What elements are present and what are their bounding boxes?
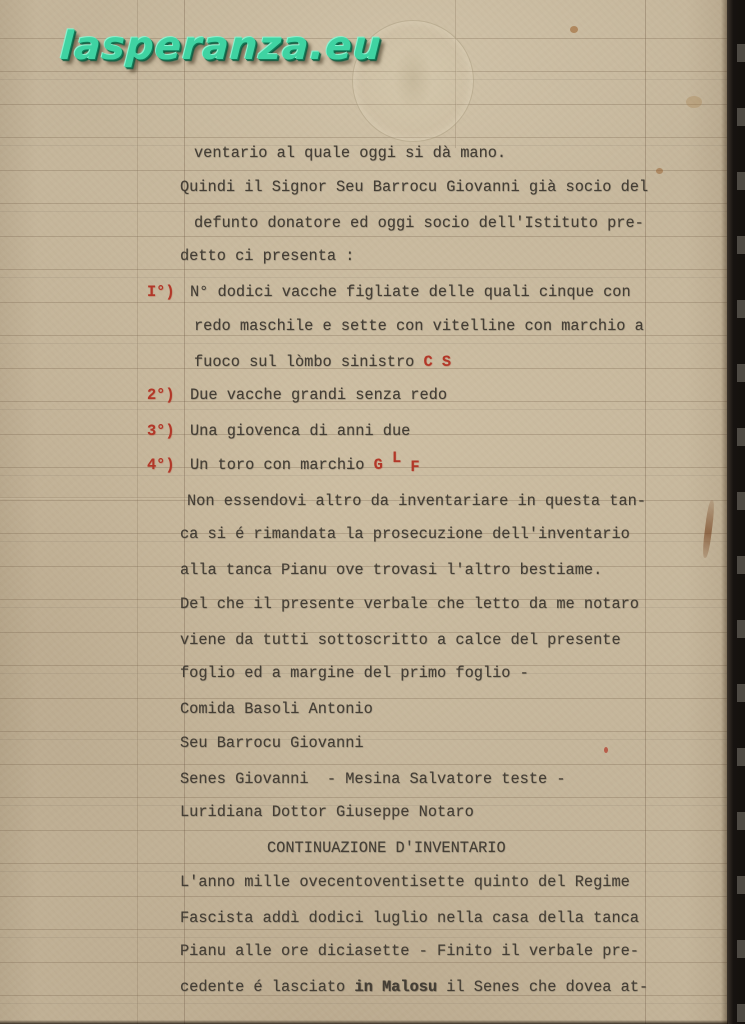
document-line: detto ci presenta : bbox=[180, 249, 354, 264]
document-line: defunto donatore ed oggi socio dell'Isti… bbox=[194, 216, 644, 231]
document-line: fuoco sul lòmbo sinistro C S bbox=[194, 355, 451, 370]
text-segment: ventario al quale oggi si dà mano. bbox=[194, 144, 506, 162]
text-segment: Una giovenca di anni due bbox=[190, 422, 410, 440]
text-segment: Del che il presente verbale che letto da… bbox=[180, 595, 639, 613]
document-line: Del che il presente verbale che letto da… bbox=[180, 597, 639, 612]
text-segment: defunto donatore ed oggi socio dell'Isti… bbox=[194, 214, 644, 232]
document-line: Seu Barrocu Giovanni bbox=[180, 736, 364, 751]
inventory-item-line: I°)N° dodici vacche figliate delle quali… bbox=[190, 285, 631, 300]
red-ink-text: G bbox=[374, 456, 392, 474]
text-segment: redo maschile e sette con vitelline con … bbox=[194, 317, 644, 335]
document-line: viene da tutti sottoscritto a calce del … bbox=[180, 633, 621, 648]
text-segment: ca si é rimandata la prosecuzione dell'i… bbox=[180, 525, 630, 543]
text-segment: Seu Barrocu Giovanni bbox=[180, 734, 364, 752]
typewritten-text: ventario al quale oggi si dà mano.Quindi… bbox=[0, 0, 745, 1024]
document-line: alla tanca Pianu ove trovasi l'altro bes… bbox=[180, 563, 602, 578]
text-segment: cedente é lasciato bbox=[180, 978, 354, 996]
document-line: redo maschile e sette con vitelline con … bbox=[194, 319, 644, 334]
red-ink-text: C S bbox=[424, 353, 452, 371]
item-number: 4°) bbox=[147, 458, 175, 473]
text-segment: Comida Basoli Antonio bbox=[180, 700, 373, 718]
page-bottom-edge bbox=[0, 1020, 728, 1024]
item-number: 3°) bbox=[147, 424, 175, 439]
document-line: Quindi il Signor Seu Barrocu Giovanni gi… bbox=[180, 180, 648, 195]
document-line: Comida Basoli Antonio bbox=[180, 702, 373, 717]
item-number: I°) bbox=[147, 285, 175, 300]
text-segment: Quindi il Signor Seu Barrocu Giovanni gi… bbox=[180, 178, 648, 196]
document-line: ca si é rimandata la prosecuzione dell'i… bbox=[180, 527, 630, 542]
document-line: L'anno mille ovecentoventisette quinto d… bbox=[180, 875, 630, 890]
text-segment: viene da tutti sottoscritto a calce del … bbox=[180, 631, 621, 649]
document-line: Luridiana Dottor Giuseppe Notaro bbox=[180, 805, 474, 820]
text-segment: foglio ed a margine del primo foglio - bbox=[180, 664, 529, 682]
text-segment: Un toro con marchio bbox=[190, 456, 374, 474]
inventory-item-line: 4°)Un toro con marchio G L F bbox=[190, 458, 420, 473]
text-segment: Due vacche grandi senza redo bbox=[190, 386, 447, 404]
text-segment: Pianu alle ore diciasette - Finito il ve… bbox=[180, 942, 639, 960]
scanned-document-page: lasperanza.eu ventario al quale oggi si … bbox=[0, 0, 745, 1024]
red-ink-text: F bbox=[401, 458, 419, 476]
document-line: ventario al quale oggi si dà mano. bbox=[194, 146, 506, 161]
inventory-item-line: 2°)Due vacche grandi senza redo bbox=[190, 388, 447, 403]
text-segment: detto ci presenta : bbox=[180, 247, 354, 265]
document-line: Non essendovi altro da inventariare in q… bbox=[187, 494, 646, 509]
item-number: 2°) bbox=[147, 388, 175, 403]
text-segment: Non essendovi altro da inventariare in q… bbox=[187, 492, 646, 510]
text-segment: alla tanca Pianu ove trovasi l'altro bes… bbox=[180, 561, 602, 579]
document-line: foglio ed a margine del primo foglio - bbox=[180, 666, 529, 681]
binding-ring-marks bbox=[737, 0, 745, 1024]
text-segment: fuoco sul lòmbo sinistro bbox=[194, 353, 424, 371]
text-segment: il Senes che dovea at- bbox=[437, 978, 648, 996]
document-line: cedente é lasciato in Malosu il Senes ch… bbox=[180, 980, 648, 995]
text-segment: CONTINUAZIONE D'INVENTARIO bbox=[267, 839, 506, 857]
text-segment: L'anno mille ovecentoventisette quinto d… bbox=[180, 873, 630, 891]
text-segment: N° dodici vacche figliate delle quali ci… bbox=[190, 283, 631, 301]
document-line: CONTINUAZIONE D'INVENTARIO bbox=[267, 841, 506, 856]
text-segment: Fascista addì dodici luglio nella casa d… bbox=[180, 909, 639, 927]
inventory-item-line: 3°)Una giovenca di anni due bbox=[190, 424, 410, 439]
document-line: Fascista addì dodici luglio nella casa d… bbox=[180, 911, 639, 926]
text-segment: Senes Giovanni - Mesina Salvatore teste … bbox=[180, 770, 566, 788]
document-line: Pianu alle ore diciasette - Finito il ve… bbox=[180, 944, 639, 959]
text-segment: Luridiana Dottor Giuseppe Notaro bbox=[180, 803, 474, 821]
red-ink-text: L bbox=[392, 449, 401, 467]
document-line: Senes Giovanni - Mesina Salvatore teste … bbox=[180, 772, 566, 787]
text-segment: in Malosu bbox=[354, 978, 437, 996]
